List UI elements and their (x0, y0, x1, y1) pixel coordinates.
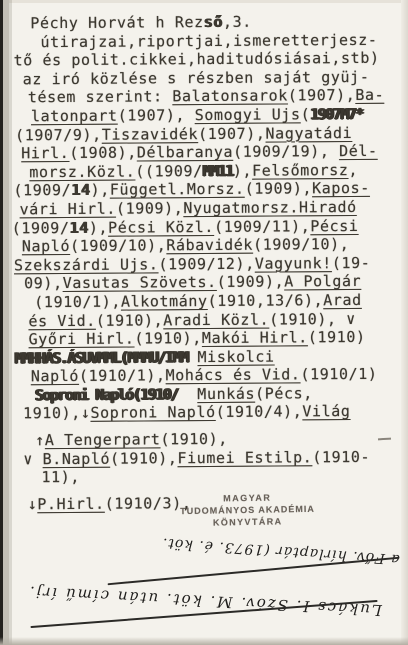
overstruck-text: Soproni Napló(1910/ (35, 385, 178, 404)
overstruck-text: MMHHÁS.ÁSUVMML(MMMU/IMM (15, 348, 188, 367)
typed-text: (1910), (110, 449, 178, 467)
periodical-title: Soproni Napló (90, 403, 215, 422)
overstruck-text: MM11 (203, 162, 233, 180)
periodical-title: latonpart (31, 107, 118, 126)
typed-text: (1907), (288, 86, 356, 104)
typed-text (188, 348, 198, 366)
typed-text: (1909/ (12, 218, 70, 236)
typed-text: (1910/4), (216, 403, 303, 422)
periodical-title: Arad (323, 291, 362, 309)
scanned-catalog-card: Péchy Horvát h Rezső,3.útirajzai,riportj… (0, 0, 408, 645)
periodical-title: B.Napló (43, 449, 111, 467)
typed-line: 1910),↓Soproni Napló(1910/4),Világ (23, 402, 405, 423)
periodical-title: A Tengerpart (45, 430, 161, 449)
periodical-title: Aradi Közl. (163, 310, 269, 329)
typed-text: (1907), (198, 124, 266, 142)
periodical-title: Nyugatmorsz.Hiradó (183, 198, 356, 217)
periodical-title: Hirl. (21, 144, 69, 162)
typed-text: (1910), (160, 430, 228, 448)
typed-text: (1910/1), (34, 293, 121, 312)
periodical-title: morsz.Közl. (29, 162, 135, 181)
typed-text: 14 (71, 181, 90, 199)
periodical-title: Balatonsarok (172, 87, 288, 106)
periodical-title: és Vid. (28, 311, 96, 329)
typed-text: (1909/10), (70, 236, 166, 255)
periodical-title: Rábavidék (166, 236, 253, 255)
typed-text (178, 385, 197, 403)
typed-text: (1910- (312, 448, 370, 466)
typed-text: ső (204, 13, 223, 31)
typed-text: (1910) (308, 328, 366, 346)
typed-text: (1910/1), (79, 367, 166, 386)
periodical-title: Napló (31, 367, 79, 385)
periodical-title: Miskolci (197, 347, 274, 366)
typed-text: az iró közlése s részben saját gyüj- (23, 68, 370, 88)
typed-text: ,3. (223, 13, 252, 31)
periodical-title: Nagyatádi (265, 124, 352, 143)
periodical-title: Makói Hirl. (202, 328, 308, 347)
typed-text: (1910/1) (300, 365, 377, 384)
typed-text: (1909/ (13, 181, 71, 199)
periodical-title: A Polgár (284, 272, 361, 291)
typed-text: (19- (332, 254, 371, 272)
typed-text: (1907), (118, 106, 195, 125)
typed-text: (1909/10), (253, 235, 349, 254)
periodical-title: Szekszárdi Ujs. (14, 255, 159, 274)
typed-text: tésem szerint: (28, 88, 173, 107)
scan-edge-bottom (0, 637, 408, 645)
typed-text: (1909), (217, 273, 285, 291)
typed-text: (1909), (245, 180, 313, 198)
typed-text: ((1909/ (135, 162, 203, 180)
periodical-title: Felsőmorsz (252, 161, 348, 180)
typed-line: Győri Hirl.(1910),Makói Hirl.(1910) (28, 328, 404, 349)
typed-text: (1910), (134, 329, 202, 347)
typed-text: (1910,13/6), (208, 291, 324, 310)
periodical-title: Fiumei Estilp. (177, 448, 312, 467)
periodical-title: Ba- (355, 86, 384, 104)
typed-text: 14 (69, 218, 88, 236)
periodical-title: Vasutas Szövets. (63, 273, 217, 292)
typed-line: ∨ B.Napló(1910),Fiumei Estilp.(1910- (23, 447, 405, 468)
periodical-title: Világ (302, 402, 350, 420)
typed-line: 11), (41, 466, 405, 487)
periodical-title: Alkotmány (121, 292, 208, 311)
scan-edge-top (0, 0, 408, 3)
handwriting-underline-top (108, 557, 400, 585)
periodical-title: vári Hirl. (20, 200, 116, 219)
typed-text: (1909/11), (214, 217, 310, 236)
typed-text: 1910),↓ (23, 404, 91, 422)
periodical-title: Tiszavidék (102, 125, 198, 144)
typed-text: (1909/19), (233, 142, 339, 161)
periodical-title: Függetl.Morsz. (110, 180, 245, 199)
typed-text: ), (89, 218, 108, 236)
typed-text: (1910), ∨ (269, 309, 356, 328)
typed-text: ↑ (35, 431, 45, 449)
typed-text: (1909/12), (158, 254, 254, 273)
typed-text: útirajzai,riportjai,ismeretterjesz- (40, 30, 377, 50)
typed-text-block: Péchy Horvát h Rezső,3.útirajzai,riportj… (10, 12, 405, 514)
typed-text: (1907/9), (15, 125, 102, 144)
library-stamp: MAGYAR TUDOMÁNYOS AKADÉMIA KÖNYVTÁRA (150, 490, 346, 529)
periodical-title: Délbaranya (137, 143, 233, 162)
typed-text: ↓ (28, 495, 38, 513)
typed-text: ( (301, 105, 311, 123)
typed-text: 11), (41, 468, 80, 486)
periodical-title: Somogyi Ujs (195, 105, 301, 124)
periodical-title: Dél- (339, 142, 378, 160)
periodical-title: Mohács és Vid. (166, 366, 301, 385)
typed-text: (1908), (69, 144, 137, 162)
typed-text: ), (233, 161, 252, 179)
typed-text: ), (90, 181, 109, 199)
periodical-title: Pécsi Közl. (108, 217, 214, 236)
periodical-title: Győri Hirl. (28, 330, 134, 349)
periodical-title: Napló (22, 237, 70, 255)
overstruck-text: 1907M7* (310, 105, 363, 123)
typed-text: (Pécs, (255, 384, 313, 402)
typed-text: 09), (24, 274, 63, 292)
typed-text: (1910), (96, 311, 164, 329)
periodical-title: Munkás (197, 385, 255, 403)
typed-text: (1909), (116, 199, 184, 217)
periodical-title: Vagyunk! (255, 254, 332, 273)
periodical-title: Pécsi (310, 216, 358, 234)
typed-line: Napló(1910/1),Mohács és Vid.(1910/1) (31, 365, 405, 386)
periodical-title: P.Hirl. (37, 495, 105, 513)
typed-text: tő és polit.cikkei,haditudósiásai,stb) (14, 49, 380, 70)
typed-text: , (348, 161, 358, 179)
periodical-title: Kapos- (312, 179, 370, 197)
typed-text: ∨ (23, 450, 42, 468)
typed-text: Péchy Horvát h Rez (30, 13, 203, 32)
